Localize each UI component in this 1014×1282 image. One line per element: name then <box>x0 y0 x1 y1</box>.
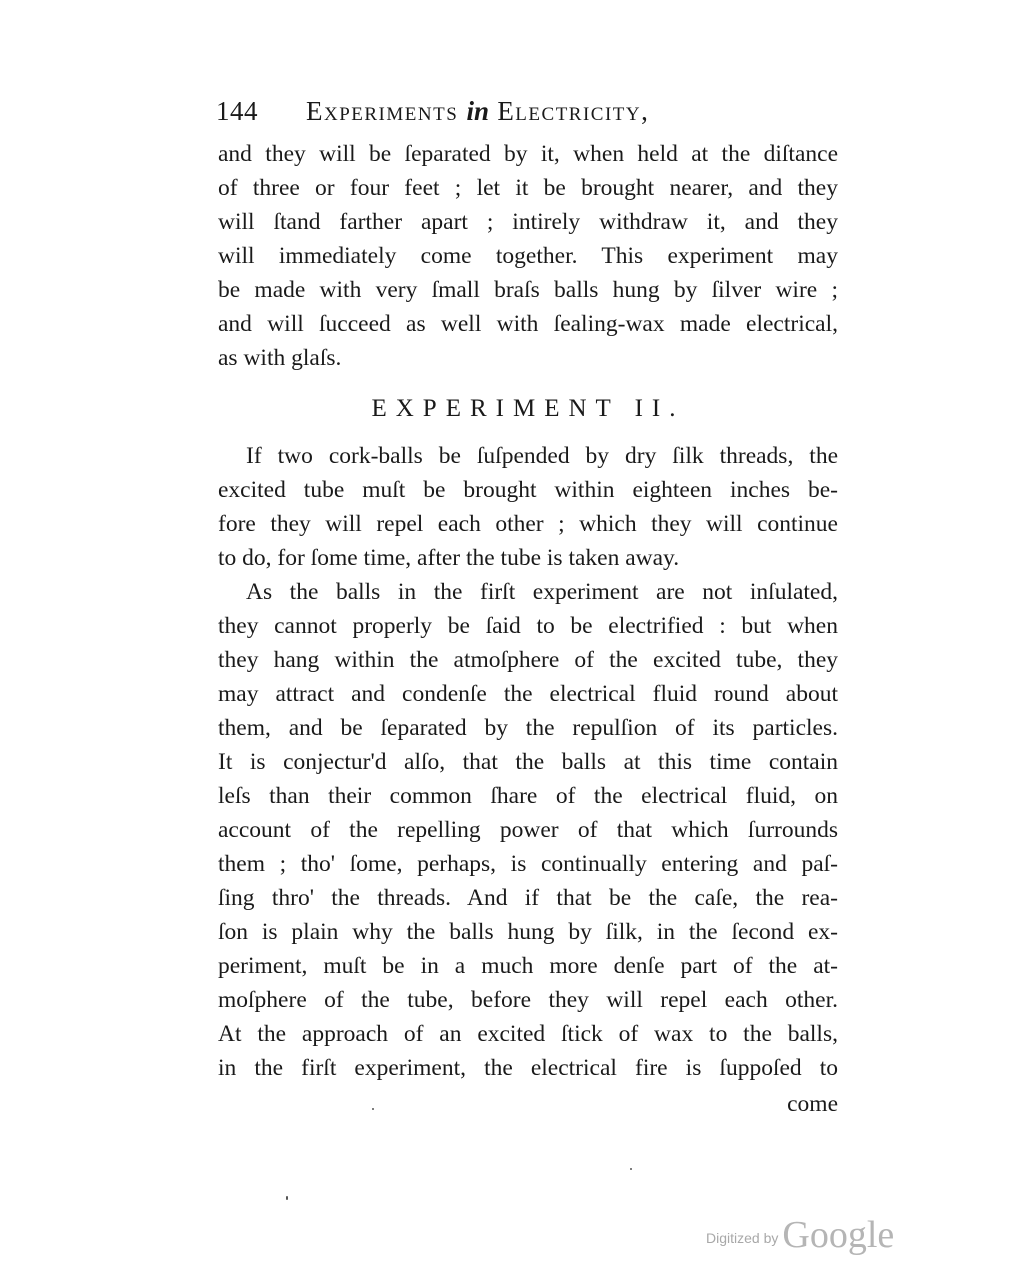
scan-speck <box>630 1168 632 1170</box>
page-number: 144 <box>216 96 258 127</box>
text-line: them, and be ſeparated by the repulſion … <box>218 712 838 744</box>
text-line: excited tube muſt be brought within eigh… <box>218 474 838 506</box>
text-line: and will ſucceed as well with ſealing-wa… <box>218 308 838 340</box>
digitized-watermark: Digitized by Google <box>706 1213 894 1257</box>
watermark-prefix: Digitized by <box>706 1230 778 1246</box>
text-line: and they will be ſeparated by it, when h… <box>218 138 838 170</box>
google-logo: Google <box>782 1214 894 1256</box>
text-line: them ; tho' ſome, perhaps, is continuall… <box>218 848 838 880</box>
text-line: At the approach of an excited ſtick of w… <box>218 1018 838 1050</box>
text-line: If two cork-balls be ſuſpended by dry ſi… <box>246 440 838 472</box>
book-page: 144 Experiments in Electricity, and they… <box>0 0 1014 1282</box>
running-title: Experiments in Electricity, <box>306 96 649 127</box>
text-line: account of the repelling power of that w… <box>218 814 838 846</box>
text-line: As the balls in the firſt experiment are… <box>246 576 838 608</box>
running-title-part1: Experiments <box>306 96 458 126</box>
text-line: fore they will repel each other ; which … <box>218 508 838 540</box>
text-line: of three or four feet ; let it be brough… <box>218 172 838 204</box>
text-line: ſon is plain why the balls hung by ſilk,… <box>218 916 838 948</box>
text-line: be made with very ſmall braſs balls hung… <box>218 274 838 306</box>
text-line: will immediately come together. This exp… <box>218 240 838 272</box>
text-line: as with glaſs. <box>218 342 838 374</box>
section-heading: EXPERIMENT II. <box>218 395 838 423</box>
text-line: in the firſt experiment, the electrical … <box>218 1052 838 1084</box>
text-line: It is conjectur'd alſo, that the balls a… <box>218 746 838 778</box>
scan-speck <box>372 1108 374 1110</box>
text-line: ſing thro' the threads. And if that be t… <box>218 882 838 914</box>
catchword: come <box>787 1091 838 1118</box>
running-head: 144 Experiments in Electricity, <box>216 96 836 130</box>
text-line: leſs than their common ſhare of the elec… <box>218 780 838 812</box>
text-line: they hang within the atmoſphere of the e… <box>218 644 838 676</box>
running-title-connector: in <box>467 96 490 126</box>
running-title-part2: Electricity, <box>497 96 649 126</box>
text-line: will ſtand farther apart ; intirely with… <box>218 206 838 238</box>
text-line: periment, muſt be in a much more denſe p… <box>218 950 838 982</box>
text-line: moſphere of the tube, before they will r… <box>218 984 838 1016</box>
text-line: to do, for ſome time, after the tube is … <box>218 542 838 574</box>
text-line: may attract and condenſe the electrical … <box>218 678 838 710</box>
text-line: they cannot properly be ſaid to be elect… <box>218 610 838 642</box>
scan-speck <box>286 1196 288 1200</box>
